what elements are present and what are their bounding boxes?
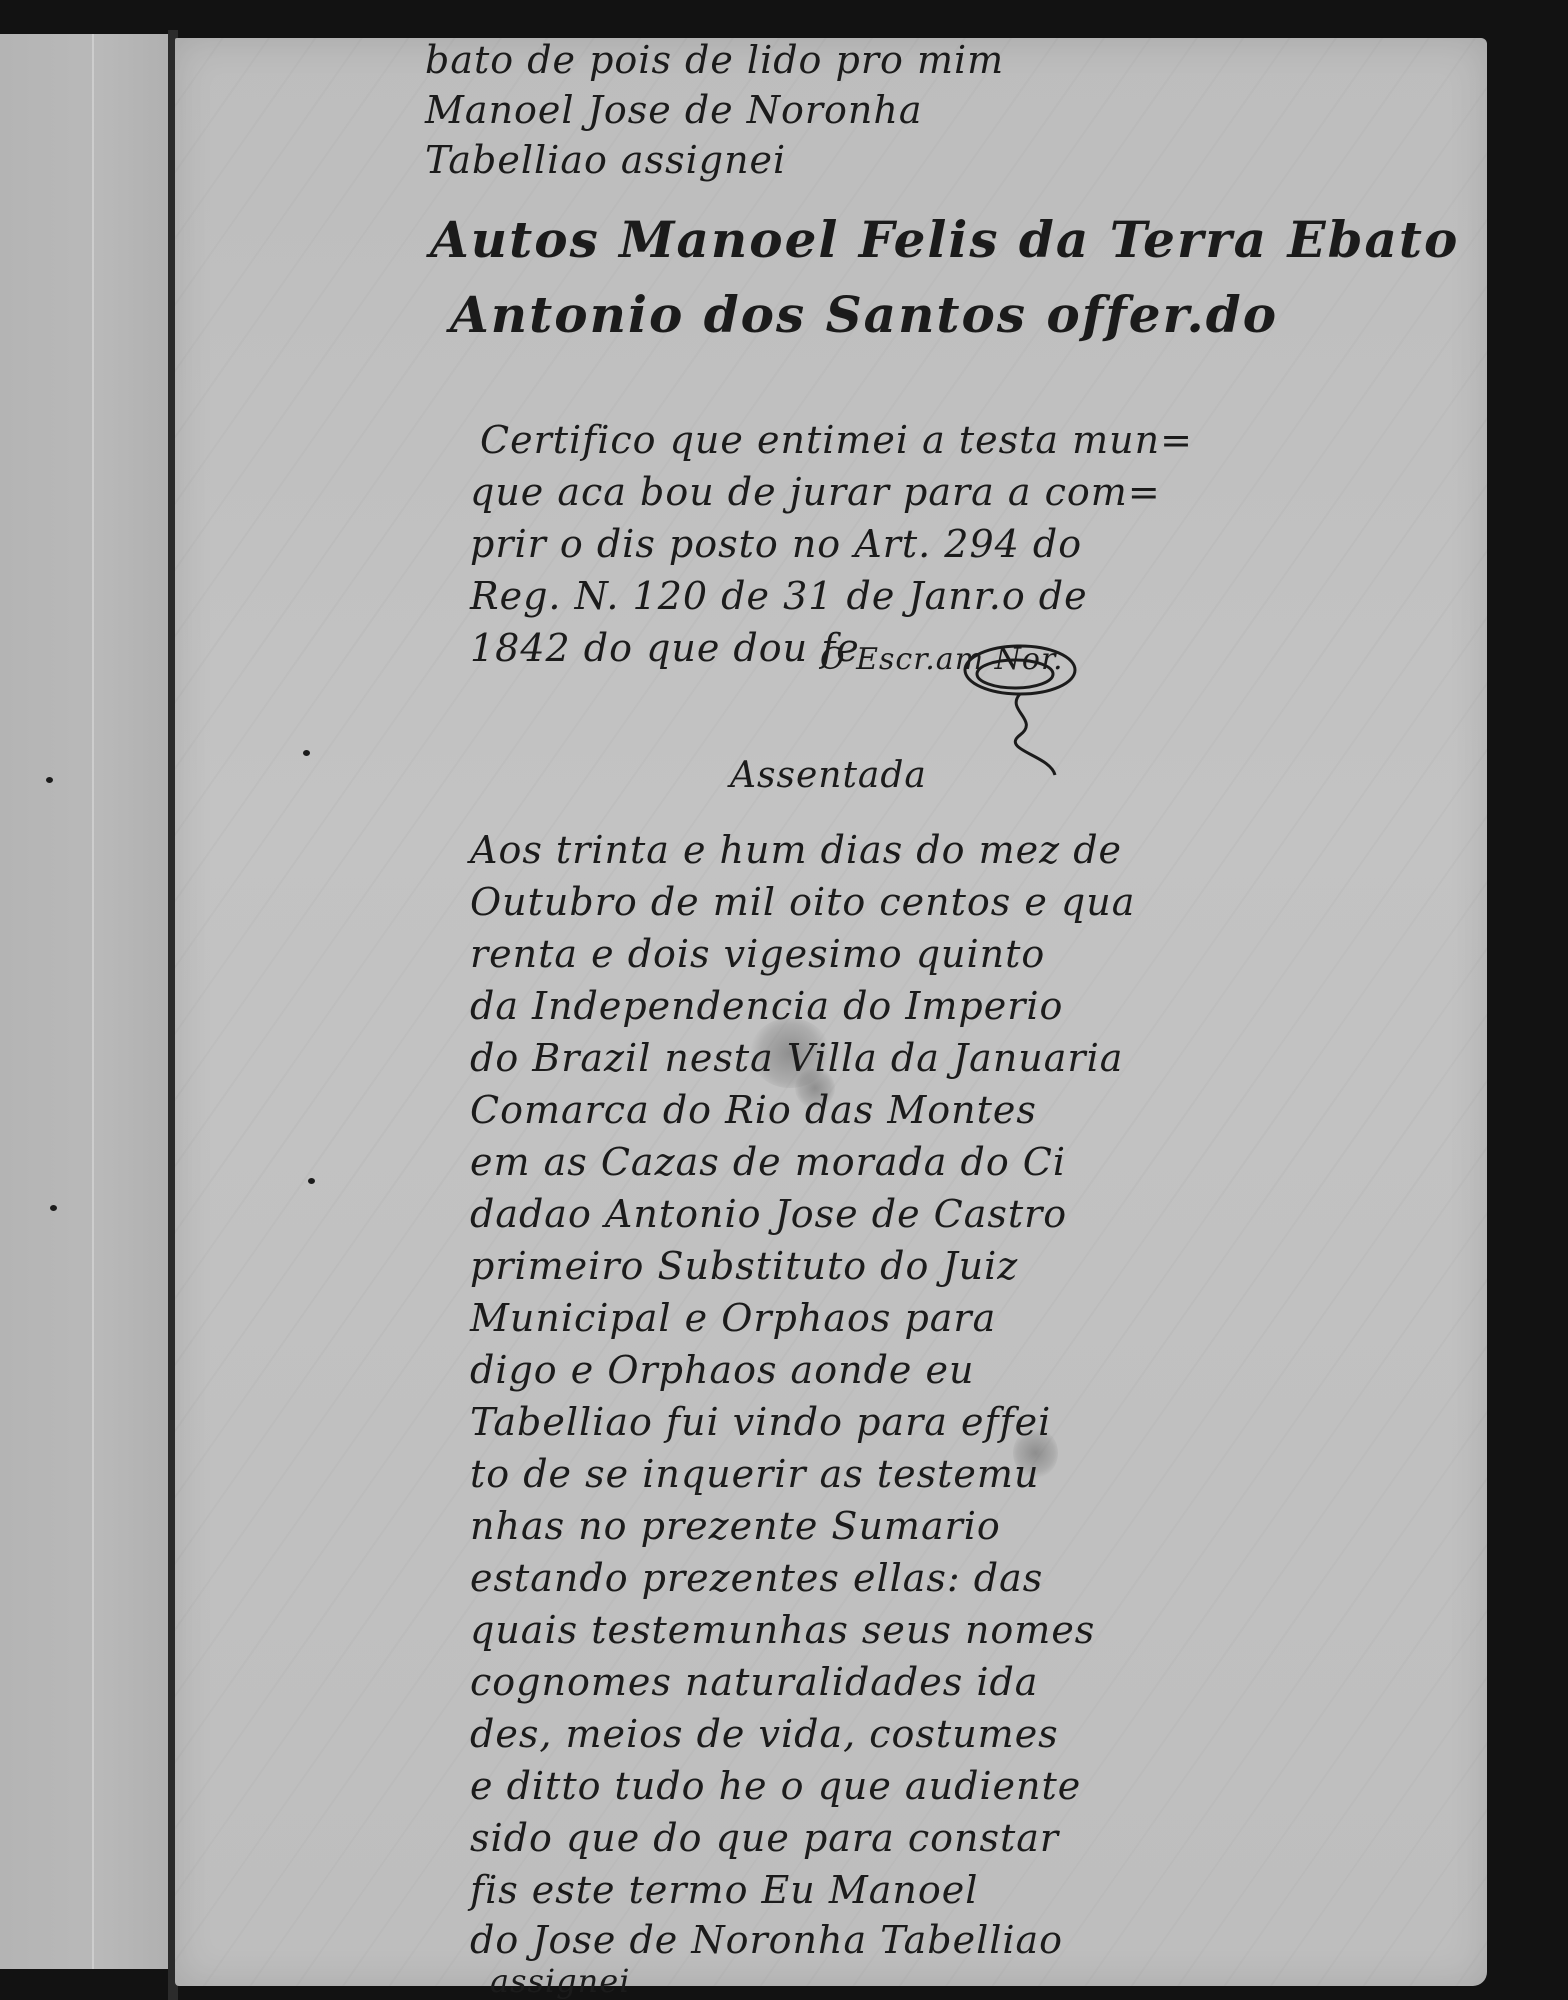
previous-page-edge [0, 34, 168, 1969]
assentada-line: cognomes naturalidades ida [470, 1660, 1038, 1704]
scan-background: 6 bato de pois de lido pro mim Manoel Jo… [0, 0, 1568, 2000]
certificate-line: prir o dis posto no Art. 294 do [470, 522, 1082, 566]
assentada-line: to de se inquerir as testemu [470, 1452, 1039, 1496]
assentada-line: des, meios de vida, costumes [470, 1712, 1059, 1756]
assentada-line: em as Cazas de morada do Ci [470, 1140, 1066, 1184]
assentada-line: e ditto tudo he o que audiente [470, 1764, 1081, 1808]
binding-hole [50, 1205, 57, 1211]
assentada-line: Aos trinta e hum dias do mez de [470, 828, 1122, 872]
assentada-line: fis este termo Eu Manoel [470, 1868, 978, 1912]
binding-hole [308, 1178, 315, 1184]
assentada-line: do Brazil nesta Villa da Januaria [470, 1036, 1123, 1080]
paper-crease [92, 34, 94, 1969]
assentada-line: digo e Orphaos aonde eu [470, 1348, 974, 1392]
heading-line: Autos Manoel Felis da Terra Ebato [430, 210, 1459, 269]
assentada-line: Outubro de mil oito centos e qua [470, 880, 1135, 924]
certificate-line: Reg. N. 120 de 31 de Janr.o de [470, 574, 1088, 618]
continuation-line: bato de pois de lido pro mim [425, 38, 1004, 82]
assentada-line: Municipal e Orphaos para [470, 1296, 996, 1340]
certificate-line: que aca bou de jurar para a com= [470, 470, 1161, 514]
assentada-line: Comarca do Rio das Montes [470, 1088, 1037, 1132]
assentada-line: estando prezentes ellas: das [470, 1556, 1043, 1600]
binding-hole [46, 777, 53, 783]
certificate-line: 1842 do que dou fe [470, 626, 860, 670]
section-title: Assentada [730, 755, 927, 796]
assentada-line: da Independencia do Imperio [470, 984, 1063, 1028]
assentada-line: nhas no prezente Sumario [470, 1504, 1001, 1548]
assentada-line: renta e dois vigesimo quinto [470, 932, 1045, 976]
heading-line: Antonio dos Santos offer.do [450, 285, 1278, 344]
binding-hole [303, 750, 310, 756]
assentada-line: do Jose de Noronha Tabelliao [470, 1918, 1063, 1962]
assentada-line: quais testemunhas seus nomes [470, 1608, 1095, 1652]
assentada-line: assignei [490, 1962, 630, 2000]
assentada-line: Tabelliao fui vindo para effei [470, 1400, 1051, 1444]
continuation-line: Tabelliao assignei [425, 138, 786, 182]
assentada-line: sido que do que para constar [470, 1816, 1059, 1860]
assentada-line: primeiro Substituto do Juiz [470, 1244, 1018, 1288]
certificate-line: Certifico que entimei a testa mun= [480, 418, 1193, 462]
rubric-signature-flourish [960, 640, 1080, 780]
continuation-line: Manoel Jose de Noronha [425, 88, 922, 132]
assentada-line: dadao Antonio Jose de Castro [470, 1192, 1067, 1236]
